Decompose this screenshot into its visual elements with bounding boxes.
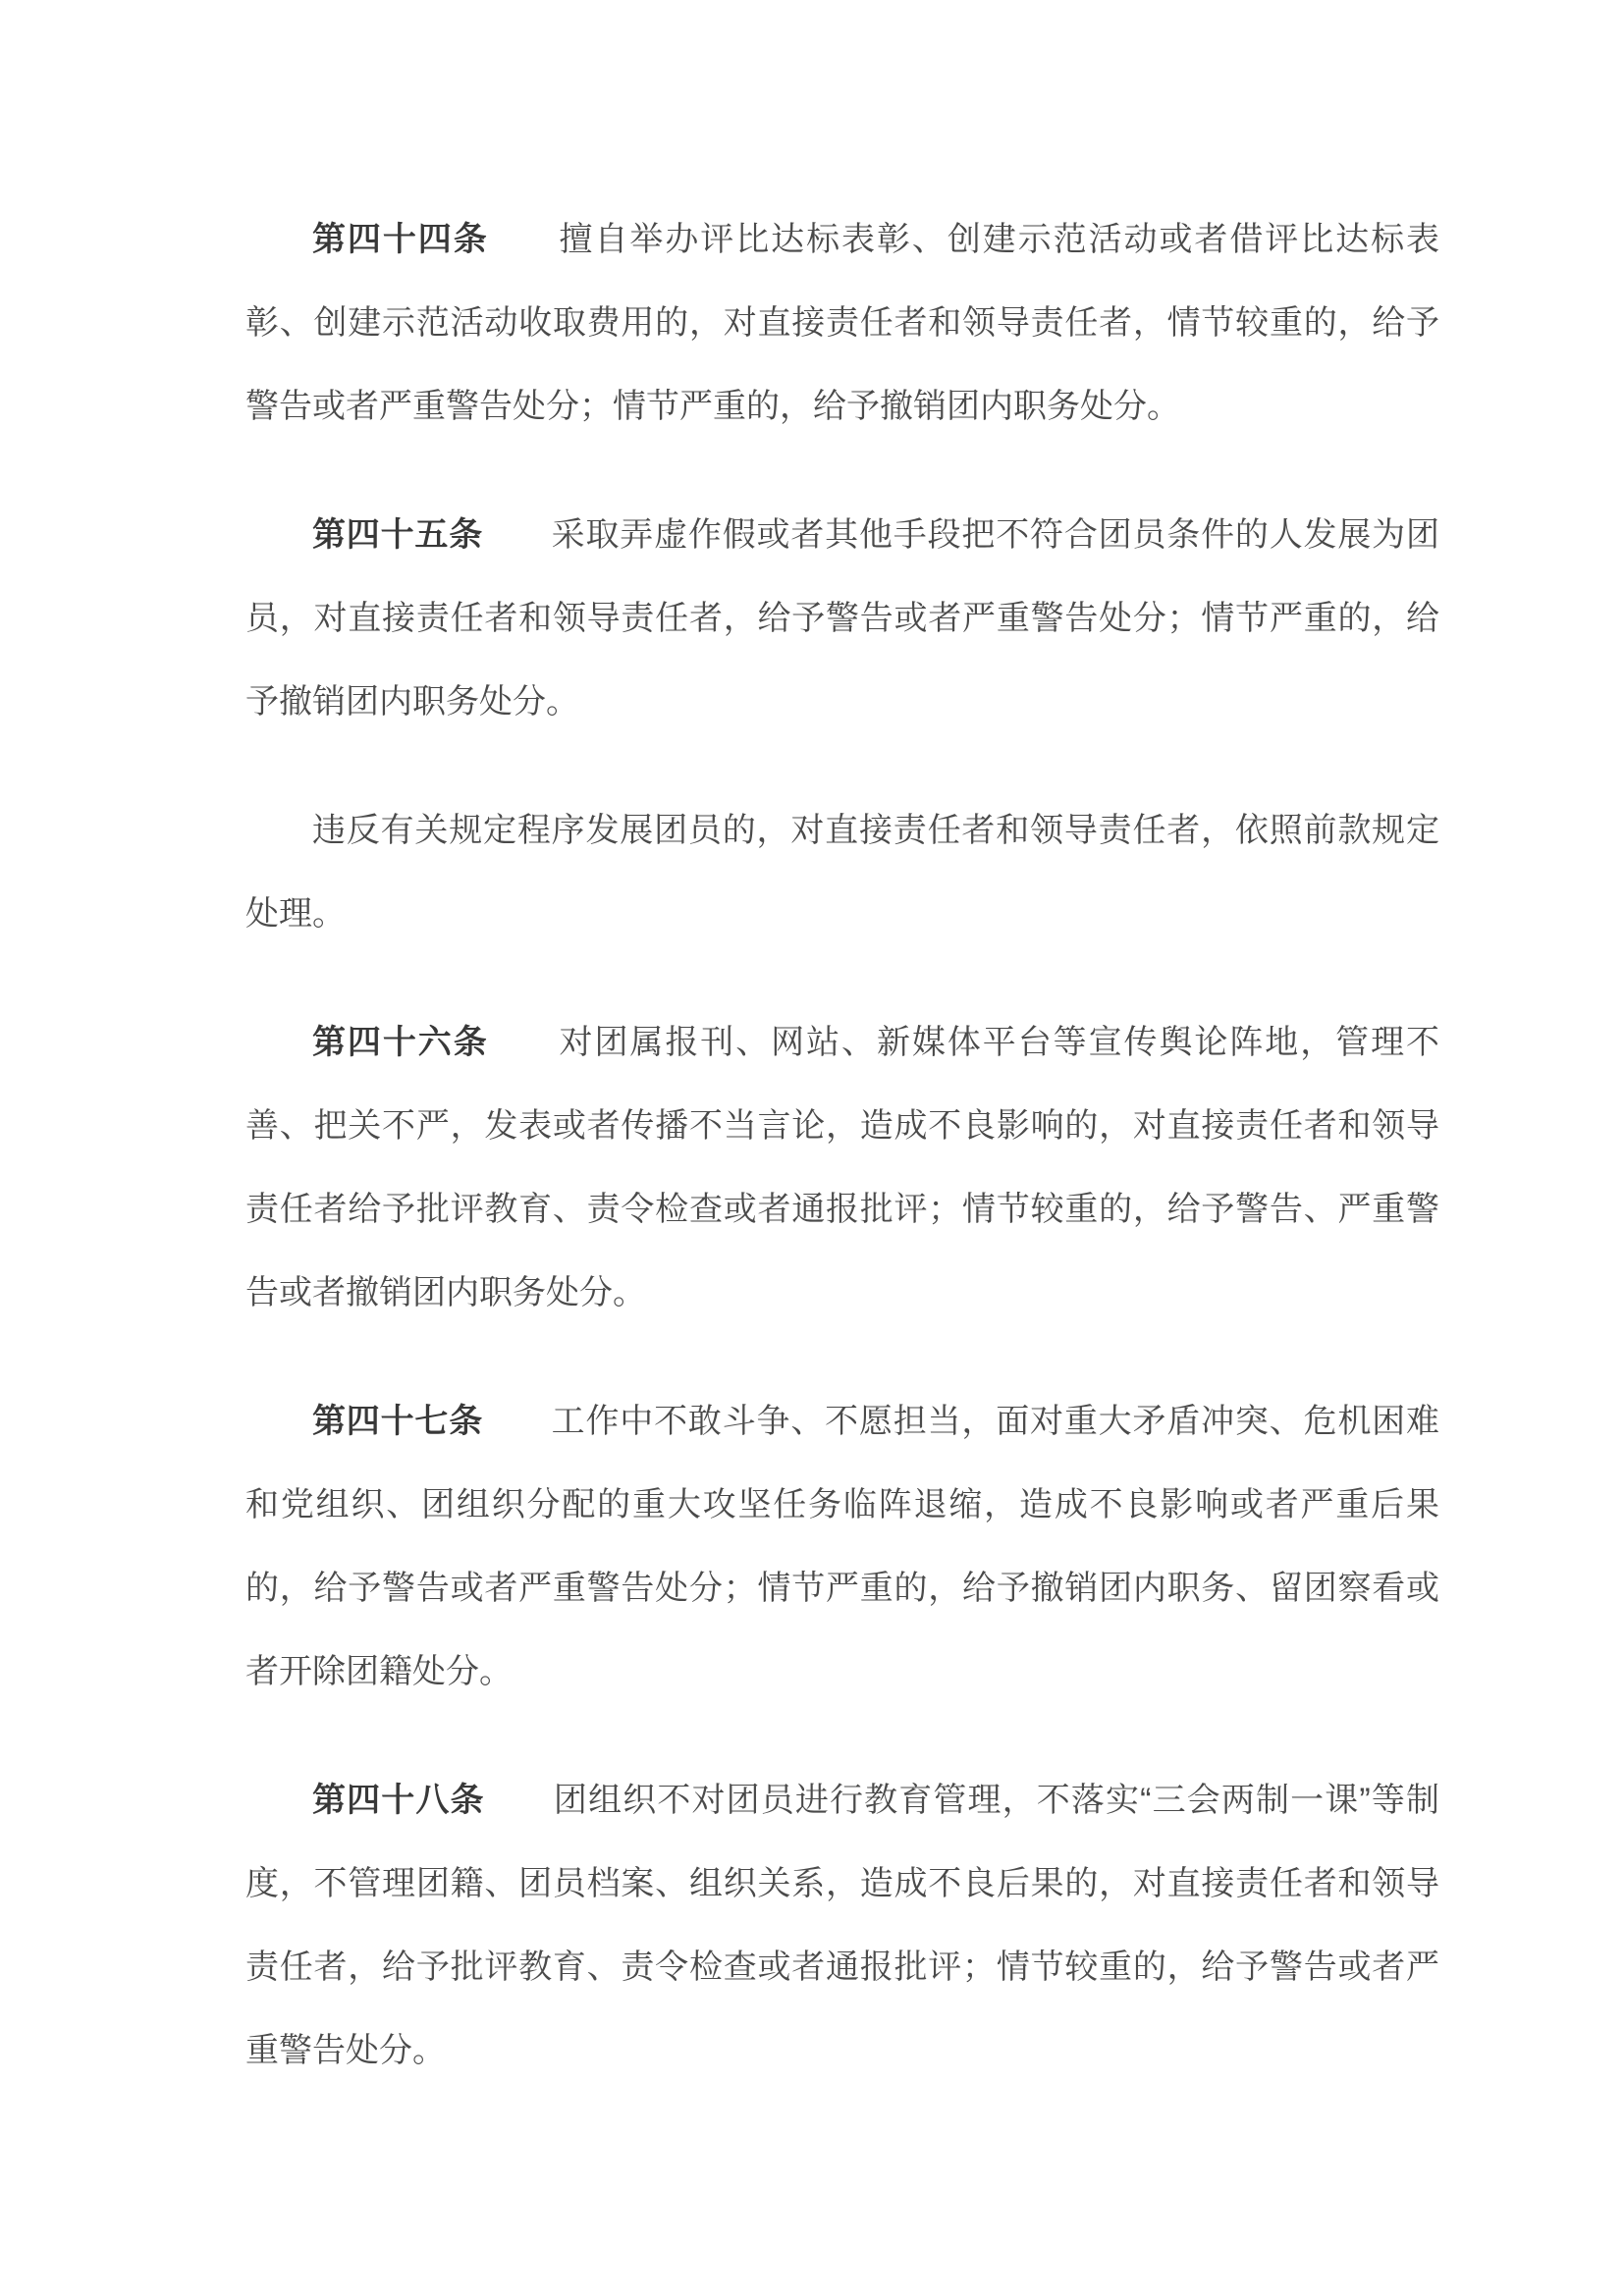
article-number-47: 第四十七条 — [312, 1403, 483, 1440]
article-number-46: 第四十六条 — [312, 1024, 489, 1061]
document-page: 第四十四条 擅自举办评比达标表彰、创建示范活动或者借评比达标表彰、创建示范活动收… — [0, 0, 1624, 2296]
article-paragraph-44: 第四十四条 擅自举办评比达标表彰、创建示范活动或者借评比达标表彰、创建示范活动收… — [245, 198, 1439, 449]
article-paragraph-45-clause-2: 违反有关规定程序发展团员的，对直接责任者和领导责任者，依照前款规定处理。 — [245, 789, 1439, 956]
article-text-47: 工作中不敢斗争、不愿担当，面对重大矛盾冲突、危机困难和党组织、团组织分配的重大攻… — [245, 1403, 1439, 1690]
article-number-44: 第四十四条 — [312, 221, 489, 258]
article-paragraph-46: 第四十六条 对团属报刊、网站、新媒体平台等宣传舆论阵地，管理不善、把关不严，发表… — [245, 1001, 1439, 1335]
article-paragraph-45: 第四十五条 采取弄虚作假或者其他手段把不符合团员条件的人发展为团员，对直接责任者… — [245, 494, 1439, 744]
article-number-45: 第四十五条 — [312, 516, 483, 554]
article-text-45-clause-2: 违反有关规定程序发展团员的，对直接责任者和领导责任者，依照前款规定处理。 — [245, 812, 1439, 933]
article-number-48: 第四十八条 — [312, 1782, 485, 1819]
article-text-46: 对团属报刊、网站、新媒体平台等宣传舆论阵地，管理不善、把关不严，发表或者传播不当… — [245, 1024, 1439, 1311]
article-paragraph-48: 第四十八条 团组织不对团员进行教育管理，不落实“三会两制一课”等制度，不管理团籍… — [245, 1759, 1439, 2093]
article-text-48: 团组织不对团员进行教育管理，不落实“三会两制一课”等制度，不管理团籍、团员档案、… — [245, 1782, 1439, 2069]
article-paragraph-47: 第四十七条 工作中不敢斗争、不愿担当，面对重大矛盾冲突、危机困难和党组织、团组织… — [245, 1380, 1439, 1714]
